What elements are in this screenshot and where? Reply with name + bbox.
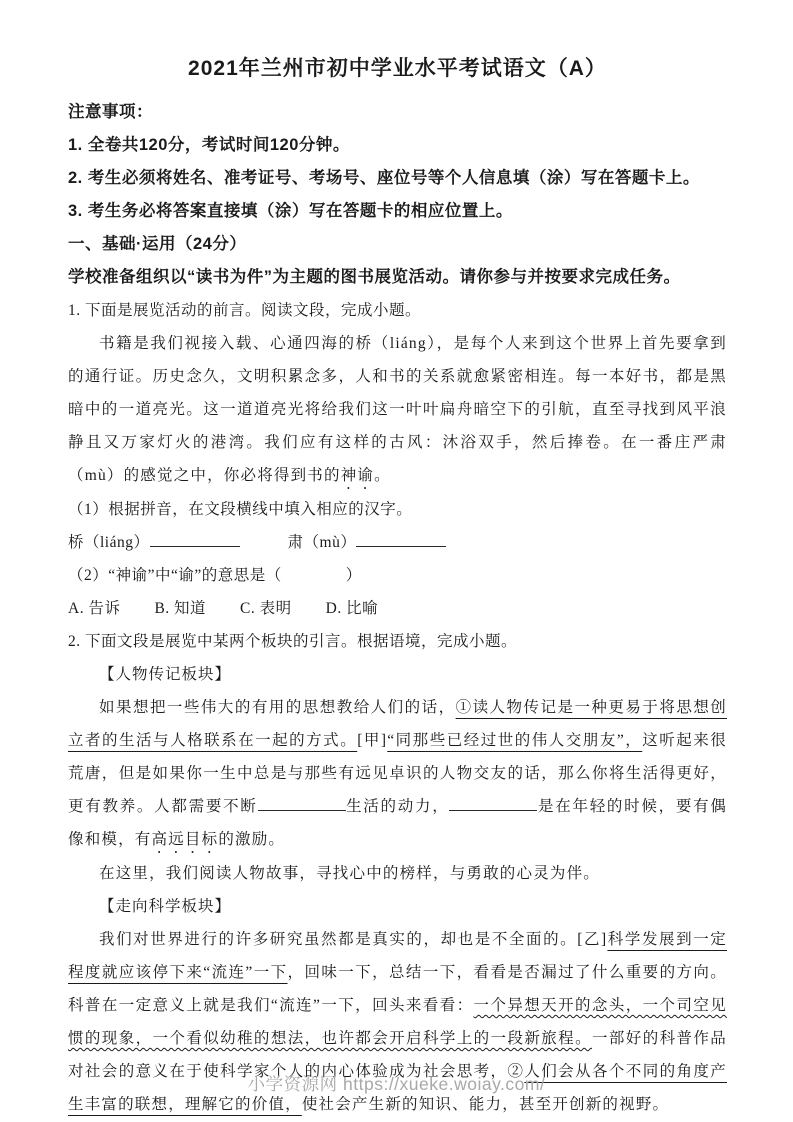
notice-item-2: 2. 考生必须将姓名、准考证号、考场号、座位号等个人信息填（涂）写在答题卡上。 — [68, 162, 727, 195]
text-segment: [乙] — [577, 931, 607, 948]
text-segment: 桥（liáng） — [68, 534, 150, 551]
question-1-sub2: （2）“神谕”中“谕”的意思是（ ） — [68, 559, 727, 592]
block-header-biography: 【人物传记板块】 — [68, 658, 727, 691]
text-segment: 。 — [374, 467, 391, 484]
notice-item-3: 3. 考生务必将答案直接填（涂）写在答题卡的相应位置上。 — [68, 195, 727, 228]
fill-blank — [356, 532, 446, 547]
emphasis-dotted-text: 高远目标 — [152, 831, 219, 848]
question-1-options: A. 告诉 B. 知道 C. 表明 D. 比喻 — [68, 592, 727, 625]
text-segment: 如果想把一些伟大的有用的思想教给人们的话， — [99, 699, 456, 716]
question-1-passage: 书籍是我们视接入载、心通四海的桥（liáng），是每个人来到这个世界上首先要拿到… — [68, 327, 727, 493]
option-a: A. 告诉 — [68, 592, 120, 625]
biography-paragraph-2: 在这里，我们阅读人物故事，寻找心中的榜样，与勇敢的心灵为伴。 — [68, 857, 727, 890]
option-b: B. 知道 — [154, 592, 206, 625]
block-header-science: 【走向科学板块】 — [68, 890, 727, 923]
option-d: D. 比喻 — [326, 592, 378, 625]
text-segment — [240, 534, 288, 551]
page-title: 2021年兰州市初中学业水平考试语文（A） — [68, 48, 727, 90]
biography-paragraph-1: 如果想把一些伟大的有用的思想教给人们的话，①读人物传记是一种更易于将思想创立者的… — [68, 691, 727, 857]
fill-blank — [258, 796, 346, 811]
section-heading: 一、基础·运用（24分） — [68, 228, 727, 261]
exam-page: 2021年兰州市初中学业水平考试语文（A） 注意事项： 1. 全卷共120分，考… — [0, 0, 793, 1121]
option-c: C. 表明 — [240, 592, 292, 625]
notice-item-1: 1. 全卷共120分，考试时间120分钟。 — [68, 129, 727, 162]
question-1-sub1: （1）根据拼音，在文段横线中填入相应的汉字。 — [68, 493, 727, 526]
text-segment: 生活的动力， — [346, 798, 450, 815]
emphasis-dotted-text: 神谕 — [341, 467, 374, 484]
task-intro: 学校准备组织以“读书为件”为主题的图书展览活动。请你参与并按要求完成任务。 — [68, 261, 727, 294]
watermark-footer: 小学资源网 https://xueke.woiay.com/ — [0, 1071, 793, 1096]
notice-heading: 注意事项： — [68, 96, 727, 129]
question-1-fill-line: 桥（liáng） 肃（mù） — [68, 526, 727, 559]
text-segment: 我们对世界进行的许多研究虽然都是真实的，却也是不全面的。 — [99, 931, 577, 948]
question-1-stem: 1. 下面是展览活动的前言。阅读文段，完成小题。 — [68, 294, 727, 327]
fill-blank — [449, 796, 537, 811]
question-2-stem: 2. 下面文段是展览中某两个板块的引言。根据语境，完成小题。 — [68, 625, 727, 658]
text-segment: 使社会产生新的知识、能力，甚至开创新的视野。 — [302, 1096, 669, 1113]
text-segment: 的激励。 — [218, 831, 285, 848]
text-segment: 在这里，我们阅读人物故事，寻找心中的榜样，与勇敢的心灵为伴。 — [99, 865, 600, 882]
text-segment: 肃（mù） — [288, 534, 357, 551]
underlined-text: “同那些已经过世的伟人交朋友”， — [387, 732, 642, 749]
text-segment: 书籍是我们视接入载、心通四海的桥（liáng），是每个人来到这个世界上首先要拿到… — [68, 335, 727, 484]
text-segment: [甲] — [357, 732, 387, 749]
fill-blank — [150, 532, 240, 547]
